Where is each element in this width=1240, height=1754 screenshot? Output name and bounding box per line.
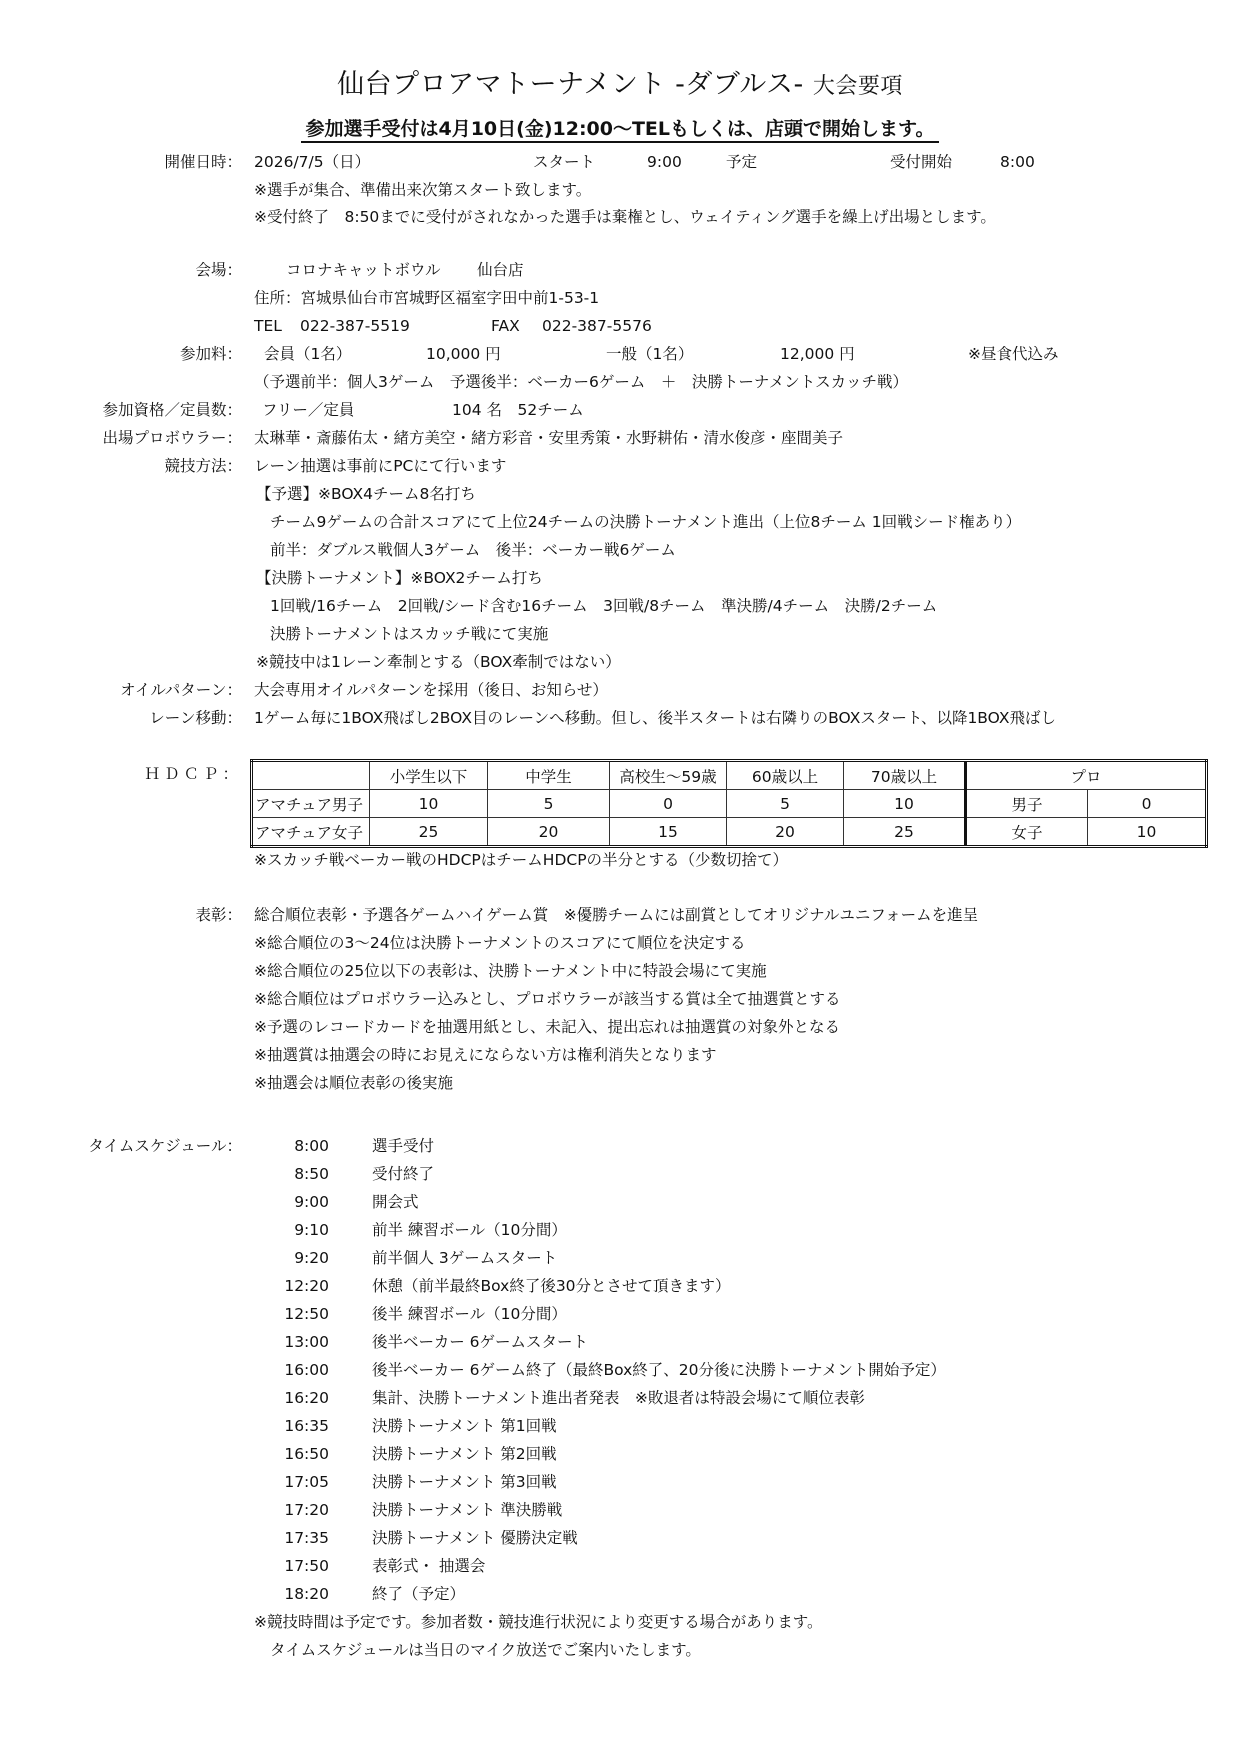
hdcp-cell: 10 — [844, 790, 966, 818]
schedule-event: 選手受付 — [372, 1136, 434, 1156]
hdcp-note: ※スカッチ戦ベーカー戦のHDCPはチームHDCPの半分とする（少数切捨て） — [254, 850, 788, 870]
registration-notice: 参加選手受付は4月10日(金)12:00～TELもしくは、店頭で開始します。 — [0, 114, 1240, 141]
schedule-time: 12:20 — [249, 1276, 329, 1296]
schedule-time: 17:35 — [249, 1528, 329, 1548]
hdcp-cell: 5 — [488, 790, 610, 818]
schedule-event: 前半個人 3ゲームスタート — [372, 1248, 557, 1268]
venue-address: 住所：宮城県仙台市宮城野区福室字田中前1-53-1 — [254, 288, 599, 308]
awards-line: ※総合順位はプロボウラー込みとし、プロボウラーが該当する賞は全て抽選賞とする — [254, 989, 841, 1009]
hdcp-header-cell: 小学生以下 — [370, 761, 488, 790]
awards-line: ※予選のレコードカードを抽選用紙とし、未記入、提出忘れは抽選賞の対象外となる — [254, 1017, 840, 1037]
competition-line: ※競技中は1レーン牽制とする（BOX牽制ではない） — [256, 652, 621, 672]
competition-line: 決勝トーナメントはスカッチ戦にて実施 — [270, 624, 548, 644]
table-row: アマチュア男子 10 5 0 5 10 男子 0 — [252, 790, 1207, 818]
awards-line: ※抽選会は順位表彰の後実施 — [254, 1073, 453, 1093]
schedule-label: タイムスケジュール： — [42, 1136, 242, 1156]
hdcp-label: ＨＤＣＰ： — [42, 764, 242, 784]
fee-detail: （予選前半：個人3ゲーム 予選後半：ベーカー6ゲーム ＋ 決勝トーナメントスカッ… — [254, 372, 908, 392]
schedule-event: 終了（予定） — [372, 1584, 465, 1604]
start-time: 9:00 — [647, 152, 682, 172]
venue-branch: 仙台店 — [477, 260, 524, 280]
capacity: 104 名 52チーム — [452, 400, 584, 420]
fax-label: FAX — [491, 316, 520, 336]
awards-line: ※総合順位の3～24位は決勝トーナメントのスコアにて順位を決定する — [254, 933, 745, 953]
hdcp-cell: 0 — [610, 790, 727, 818]
schedule-event: 表彰式・ 抽選会 — [372, 1556, 485, 1576]
table-row: アマチュア女子 25 20 15 20 25 女子 10 — [252, 818, 1207, 847]
hdcp-cell: 20 — [727, 818, 844, 847]
schedule-time: 12:50 — [249, 1304, 329, 1324]
schedule-event: 開会式 — [372, 1192, 419, 1212]
competition-line: 【決勝トーナメント】※BOX2チーム打ち — [256, 568, 543, 588]
hdcp-header-cell: 高校生～59歳 — [610, 761, 727, 790]
fee-note: ※昼食代込み — [968, 344, 1059, 364]
schedule-event: 休憩（前半最終Box終了後30分とさせて頂きます） — [372, 1276, 731, 1296]
venue-name: コロナキャットボウル — [286, 260, 441, 280]
schedule-event: 後半ベーカー 6ゲームスタート — [372, 1332, 588, 1352]
competition-line: 前半：ダブルス戦個人3ゲーム 後半：ベーカー戦6ゲーム — [270, 540, 676, 560]
oil-pattern-value: 大会専用オイルパターンを採用（後日、お知らせ） — [254, 680, 608, 700]
hdcp-pro-value: 10 — [1088, 818, 1207, 847]
page-title: 仙台プロアマトーナメント -ダブルス- 大会要項 — [0, 62, 1240, 101]
schedule-time: 13:00 — [249, 1332, 329, 1352]
fax-number: 022-387-5576 — [542, 316, 652, 336]
reception-label: 受付開始 — [890, 152, 952, 172]
schedule-time: 16:50 — [249, 1444, 329, 1464]
eligibility-label: 参加資格／定員数： — [42, 400, 242, 420]
schedule-note: ※競技時間は予定です。参加者数・競技進行状況により変更する場合があります。 — [254, 1612, 823, 1632]
schedule-time: 17:20 — [249, 1500, 329, 1520]
general-fee: 12,000 円 — [780, 344, 855, 364]
schedule-time: 9:10 — [249, 1220, 329, 1240]
schedule-event: 後半ベーカー 6ゲーム終了（最終Box終了、20分後に決勝トーナメント開始予定） — [372, 1360, 946, 1380]
hdcp-header-row: 小学生以下 中学生 高校生～59歳 60歳以上 70歳以上 プロ — [252, 761, 1207, 790]
venue-label: 会場： — [42, 260, 242, 280]
hdcp-header-cell: 70歳以上 — [844, 761, 966, 790]
schedule-event: 前半 練習ボール（10分間） — [372, 1220, 567, 1240]
awards-line: 総合順位表彰・予選各ゲームハイゲーム賞 ※優勝チームには副賞としてオリジナルユニ… — [254, 905, 978, 925]
awards-label: 表彰： — [42, 905, 242, 925]
schedule-event: 決勝トーナメント 第2回戦 — [372, 1444, 557, 1464]
hdcp-cell: 15 — [610, 818, 727, 847]
schedule-time: 17:05 — [249, 1472, 329, 1492]
competition-line: チーム9ゲームの合計スコアにて上位24チームの決勝トーナメント進出（上位8チーム… — [270, 512, 1021, 532]
tel-label: TEL — [254, 316, 282, 336]
fee-label: 参加料： — [42, 344, 242, 364]
hdcp-header-cell: 60歳以上 — [727, 761, 844, 790]
hdcp-pro-label: 男子 — [966, 790, 1088, 818]
schedule-event: 受付終了 — [372, 1164, 434, 1184]
schedule-event: 決勝トーナメント 優勝決定戦 — [372, 1528, 578, 1548]
schedule-time: 18:20 — [249, 1584, 329, 1604]
oil-pattern-label: オイルパターン： — [42, 680, 242, 700]
schedule-time: 9:20 — [249, 1248, 329, 1268]
title-suffix: 大会要項 — [813, 74, 903, 99]
schedule-time: 8:50 — [249, 1164, 329, 1184]
hdcp-cell: 5 — [727, 790, 844, 818]
schedule-event: 決勝トーナメント 第3回戦 — [372, 1472, 557, 1492]
tel-number: 022-387-5519 — [300, 316, 410, 336]
pro-bowlers-list: 太琳華・斎藤佑太・緒方美空・緒方彩音・安里秀策・水野耕佑・清水俊彦・座間美子 — [254, 428, 843, 448]
title-main: 仙台プロアマトーナメント -ダブルス- — [337, 69, 804, 100]
hdcp-header-blank — [252, 761, 370, 790]
schedule-time: 17:50 — [249, 1556, 329, 1576]
hdcp-pro-value: 0 — [1088, 790, 1207, 818]
lane-move-label: レーン移動： — [42, 708, 242, 728]
competition-label: 競技方法： — [42, 456, 242, 476]
schedule-event: 集計、決勝トーナメント進出者発表 ※敗退者は特設会場にて順位表彰 — [372, 1388, 865, 1408]
hdcp-cell: 10 — [370, 790, 488, 818]
event-date: 2026/7/5（日） — [254, 152, 370, 172]
schedule-time: 16:00 — [249, 1360, 329, 1380]
member-fee-label: 会員（1名） — [264, 344, 351, 364]
hdcp-cell: 25 — [844, 818, 966, 847]
event-note-1: ※選手が集合、準備出来次第スタート致します。 — [254, 180, 591, 200]
hdcp-table: 小学生以下 中学生 高校生～59歳 60歳以上 70歳以上 プロ アマチュア男子… — [250, 759, 1208, 848]
schedule-time: 8:00 — [249, 1136, 329, 1156]
schedule-time: 16:35 — [249, 1416, 329, 1436]
general-fee-label: 一般（1名） — [606, 344, 693, 364]
start-label: スタート — [533, 152, 595, 172]
reception-time: 8:00 — [1000, 152, 1035, 172]
hdcp-cell: 20 — [488, 818, 610, 847]
awards-line: ※総合順位の25位以下の表彰は、決勝トーナメント中に特設会場にて実施 — [254, 961, 767, 981]
hdcp-row-label: アマチュア男子 — [252, 790, 370, 818]
schedule-time: 9:00 — [249, 1192, 329, 1212]
event-note-2: ※受付終了 8:50までに受付がされなかった選手は棄権とし、ウェイティング選手を… — [254, 207, 996, 227]
hdcp-pro-label: 女子 — [966, 818, 1088, 847]
schedule-time: 16:20 — [249, 1388, 329, 1408]
competition-line: レーン抽選は事前にPCにて行います — [254, 456, 506, 476]
pro-bowlers-label: 出場プロボウラー： — [42, 428, 242, 448]
schedule-event: 決勝トーナメント 準決勝戦 — [372, 1500, 562, 1520]
schedule-note: タイムスケジュールは当日のマイク放送でご案内いたします。 — [270, 1640, 701, 1660]
hdcp-header-pro: プロ — [966, 761, 1207, 790]
competition-line: 1回戦/16チーム 2回戦/シード含む16チーム 3回戦/8チーム 準決勝/4チ… — [270, 596, 937, 616]
member-fee: 10,000 円 — [426, 344, 501, 364]
awards-line: ※抽選賞は抽選会の時にお見えにならない方は権利消失となります — [254, 1045, 717, 1065]
schedule-event: 後半 練習ボール（10分間） — [372, 1304, 567, 1324]
event-date-label: 開催日時： — [42, 152, 242, 172]
lane-move-value: 1ゲーム毎に1BOX飛ばし2BOX目のレーンへ移動。但し、後半スタートは右隣りの… — [254, 708, 1056, 728]
hdcp-header-cell: 中学生 — [488, 761, 610, 790]
competition-line: 【予選】※BOX4チーム8名打ち — [256, 484, 476, 504]
start-note: 予定 — [726, 152, 757, 172]
schedule-event: 決勝トーナメント 第1回戦 — [372, 1416, 557, 1436]
hdcp-cell: 25 — [370, 818, 488, 847]
hdcp-row-label: アマチュア女子 — [252, 818, 370, 847]
eligibility-value: フリー／定員 — [262, 400, 354, 420]
